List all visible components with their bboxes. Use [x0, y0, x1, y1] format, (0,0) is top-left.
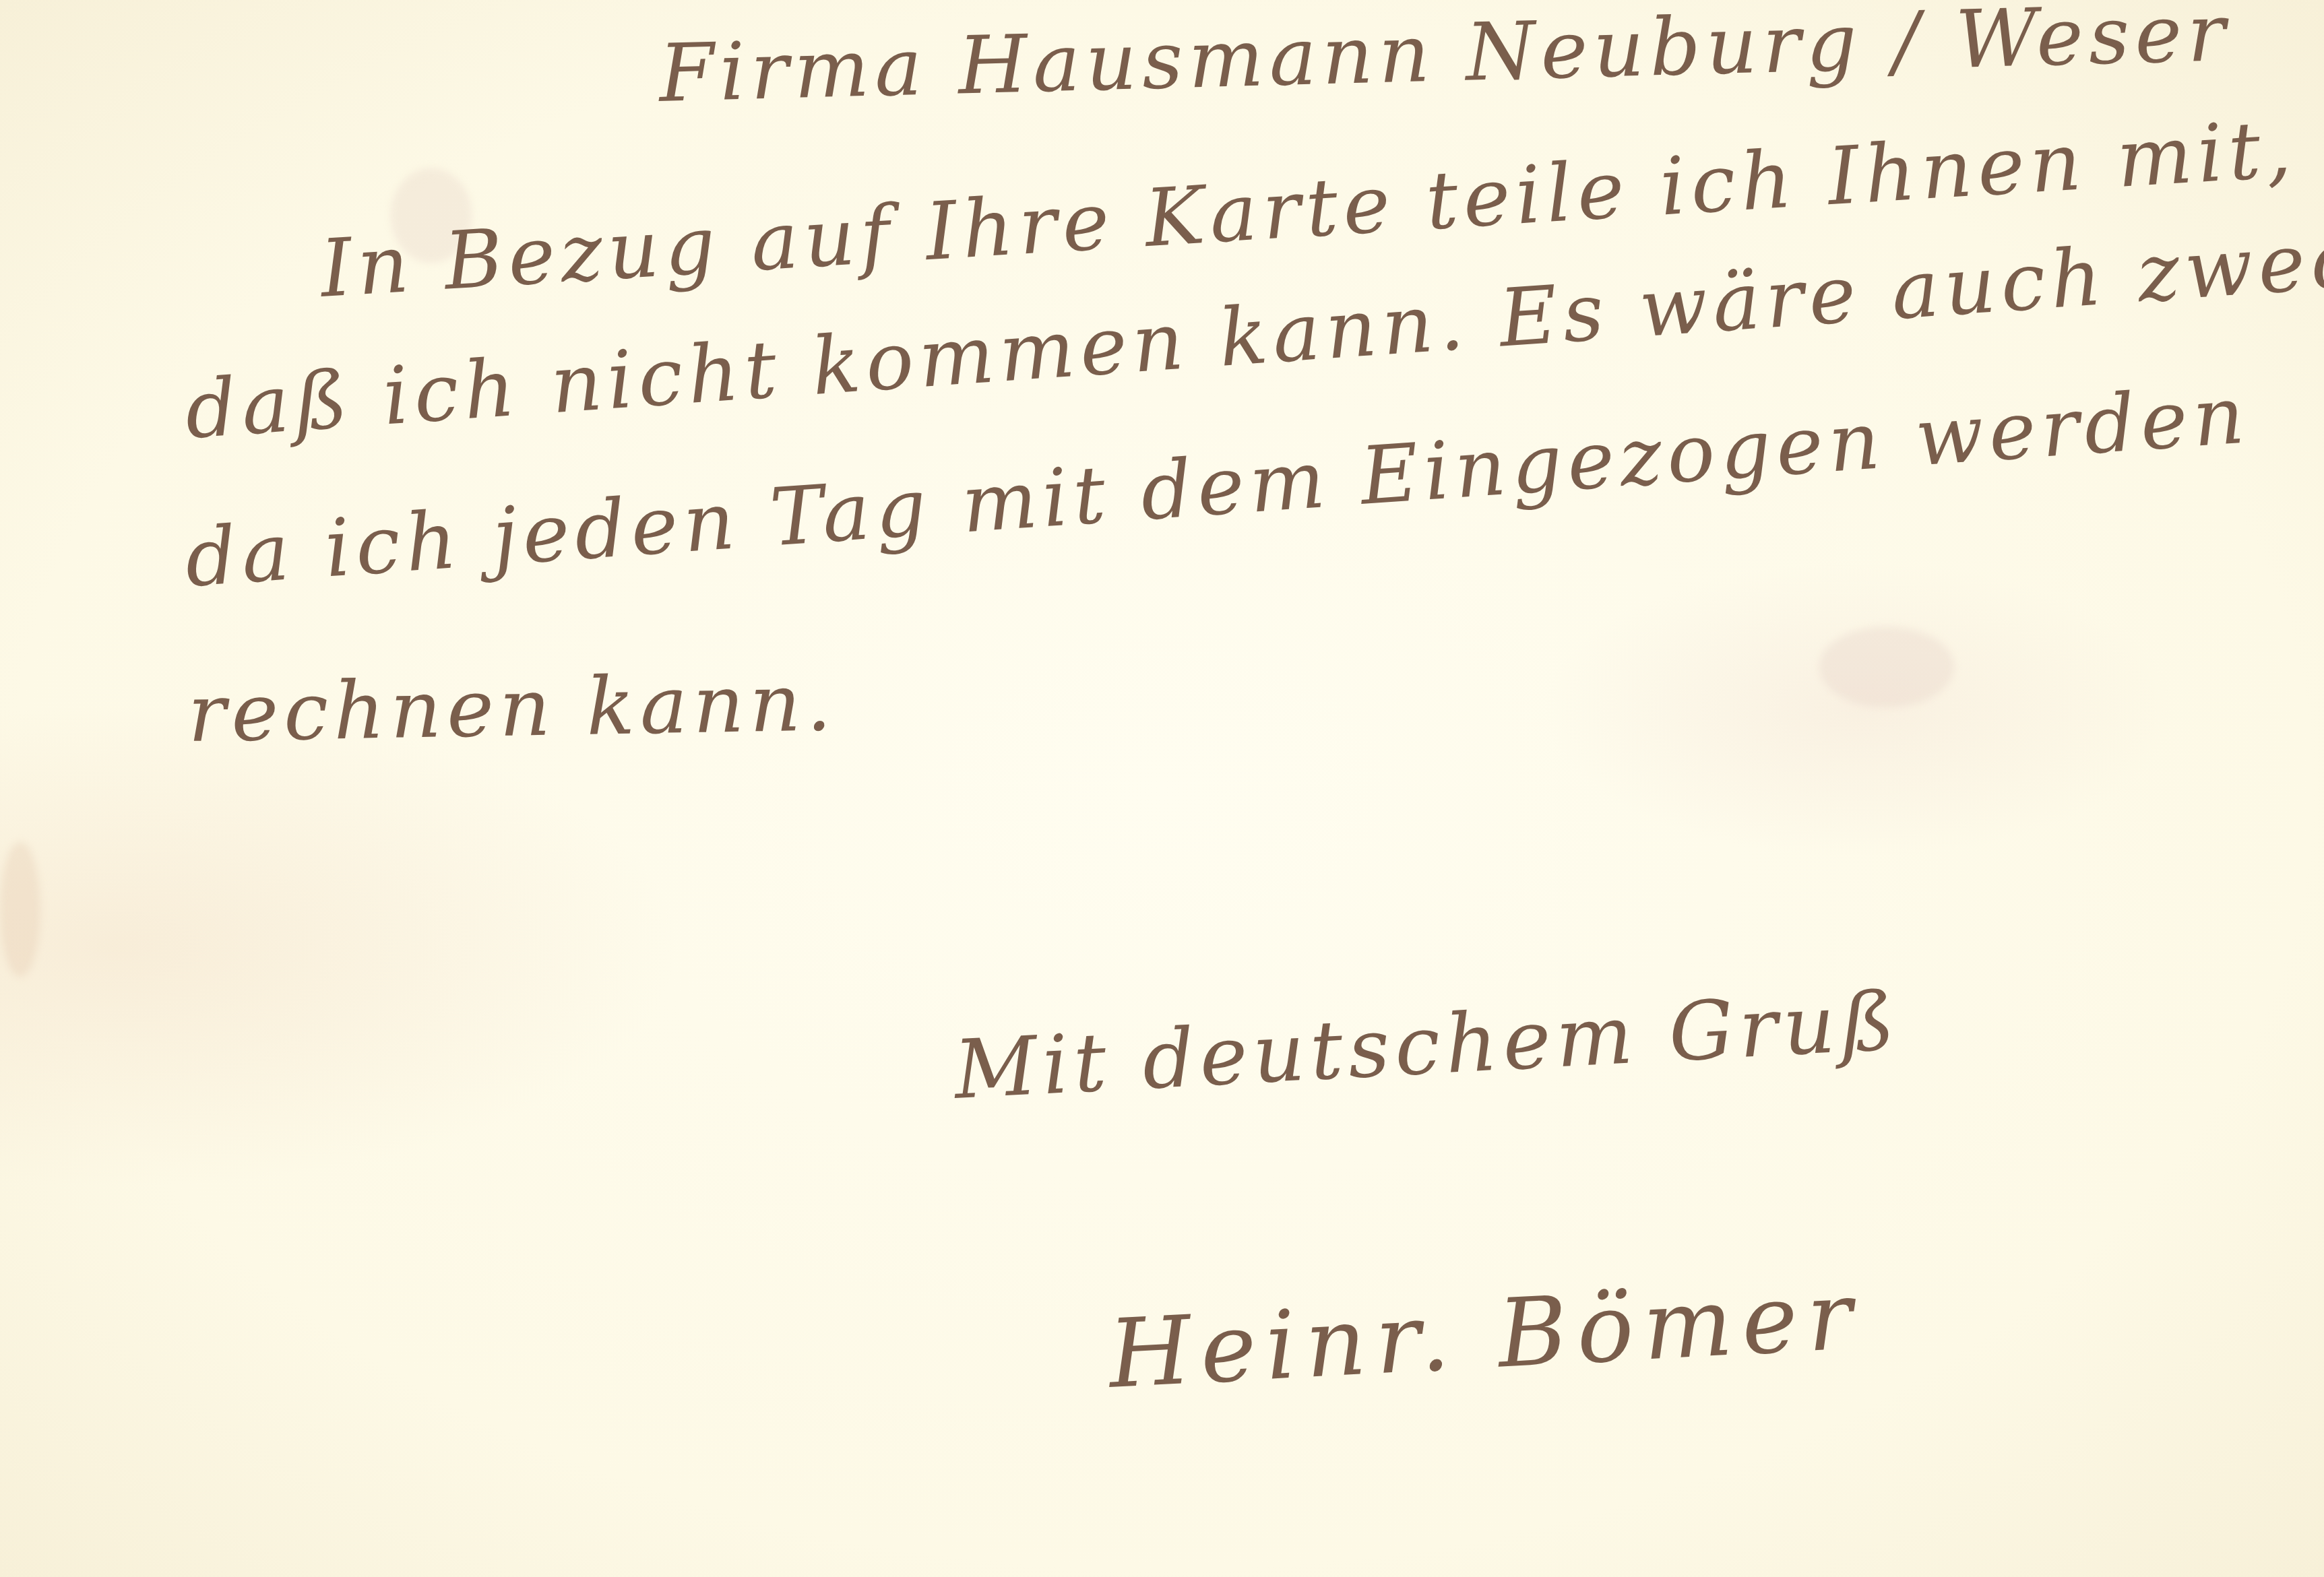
letter-body-line-4: rechnen kann. — [187, 655, 838, 760]
paper-stain — [1819, 626, 1954, 707]
paper-stain — [0, 842, 40, 977]
